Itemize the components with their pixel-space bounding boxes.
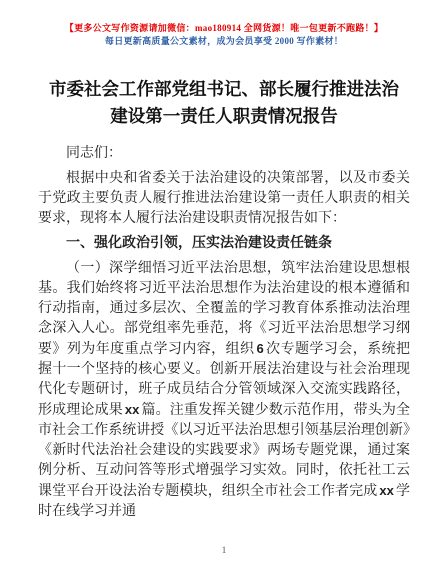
paragraph-section-one: （一）深学细悟习近平法治思想，筑牢法治建设思想根基。我们始终将习近平法治思想作为… xyxy=(38,259,410,522)
document-body: 同志们： 根据中央和省委关于法治建设的决策部署，以及市委关于党政主要负责人履行推… xyxy=(38,144,410,522)
promo-header: 【更多公文写作资源请加微信：mao180914 全网货源！唯一包更新不跑路！】 … xyxy=(0,0,448,48)
text-segment: xx xyxy=(379,483,393,498)
paragraph-intro: 根据中央和省委关于法治建设的决策部署，以及市委关于党政主要负责人履行推进法治建设… xyxy=(38,169,410,229)
document-title: 市委社会工作部党组书记、部长履行推进法治 建设第一责任人职责情况报告 xyxy=(0,76,448,130)
section-heading: 一、强化政治引领，压实法治建设责任链条 xyxy=(38,234,410,254)
text-segment: xx xyxy=(125,402,139,417)
document-title-line1: 市委社会工作部党组书记、部长履行推进法治 xyxy=(0,76,448,103)
promo-line-red: 【更多公文写作资源请加微信：mao180914 全网货源！唯一包更新不跑路！】 xyxy=(0,22,448,35)
document-page: 【更多公文写作资源请加微信：mao180914 全网货源！唯一包更新不跑路！】 … xyxy=(0,0,448,580)
text-segment: 6 xyxy=(256,341,263,356)
document-title-line2: 建设第一责任人职责情况报告 xyxy=(0,103,448,130)
promo-line-blue: 每日更新高质量公文素材，成为会员享受 2000 写作素材！ xyxy=(0,35,448,48)
salutation: 同志们： xyxy=(38,144,410,164)
page-number: 1 xyxy=(0,546,448,556)
